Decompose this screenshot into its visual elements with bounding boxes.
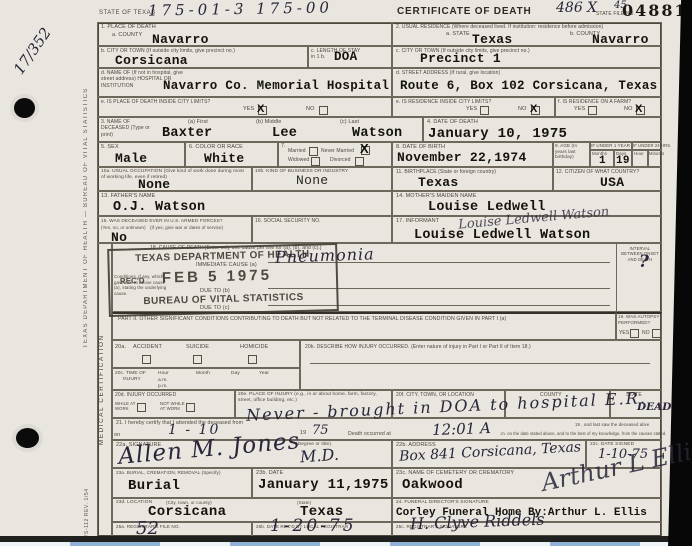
describe-injury-label: 20b. DESCRIBE HOW INJURY OCCURRED. (Ente… <box>305 344 531 350</box>
residence-limits-no-label: NO <box>518 106 526 113</box>
homicide-checkbox <box>248 355 257 364</box>
race-label: 6. COLOR OR RACE <box>189 144 243 151</box>
degree-handwritten: M.D. <box>299 445 339 467</box>
certify-19-label: 19 <box>300 430 306 437</box>
accident-checkbox <box>142 355 151 364</box>
date-of-death-value: January 10, 1975 <box>428 126 567 142</box>
injury-20a-label: 20a. <box>115 344 126 351</box>
last-name-value: Watson <box>352 126 402 141</box>
residence-limits-label: e. IS RESIDENCE INSIDE CITY LIMITS? <box>396 99 491 105</box>
armed-forces-label: 15. WAS DECEASED EVER IN U.S. ARMED FORC… <box>101 218 223 224</box>
funeral-director-label: 24. FUNERAL DIRECTOR'S SIGNATURE <box>396 500 489 506</box>
date-of-death-label: 4. DATE OF DEATH <box>427 119 478 126</box>
date-of-birth-value: November 22,1974 <box>397 150 527 165</box>
certify-year-handwritten: 75 <box>312 423 329 438</box>
autopsy-yes-checkbox <box>630 329 639 338</box>
middle-name-label: (b) Middle <box>256 119 281 126</box>
certify-line2-post: .m. on the date stated above, and to the… <box>500 431 667 436</box>
never-married-checkbox: X <box>361 146 370 155</box>
residence-state-label: a. STATE <box>446 31 470 38</box>
residence-farm-label: f. IS RESIDENCE ON A FARM? <box>558 99 631 105</box>
not-while-checkbox <box>186 403 195 412</box>
first-name-label: (a) First <box>188 119 208 126</box>
header-handwritten-small: 45 <box>614 0 627 11</box>
cell-marital-status <box>278 142 392 167</box>
autopsy-label: 19. WAS AUTOPSY PERFORMED? <box>618 314 660 325</box>
residence-city-value: Precinct 1 <box>420 51 501 66</box>
death-occurred-at-label: Death occurred at <box>348 431 391 438</box>
usual-residence-label: 2. USUAL RESIDENCE (Where deceased lived… <box>396 24 603 30</box>
armed-forces-sub2: (If yes, give war or dates of service) <box>150 225 223 231</box>
ssn-label: 16. SOCIAL SECURITY NO. <box>255 218 321 224</box>
residence-county-value: Navarro <box>592 32 649 47</box>
autopsy-yes-label: YES <box>619 330 629 336</box>
cemetery-value: Oakwood <box>402 477 463 493</box>
burial-type-label: 23a. BURIAL, CREMATION, REMOVAL (Specify… <box>116 470 221 476</box>
under-1-year-label: IF UNDER 1 YEAR <box>591 143 630 149</box>
not-while-label2: AT WORK <box>160 406 180 411</box>
autopsy-no-label: NO <box>642 330 650 336</box>
burial-location-label: 23d. LOCATION <box>116 500 152 506</box>
hole-punch-top <box>14 98 35 118</box>
marital-label: 7. <box>281 143 286 150</box>
length-of-stay-label2: in 1 b. <box>311 54 325 60</box>
months-value: 1 <box>599 155 606 167</box>
death-city-limits-label: e. IS PLACE OF DEATH INSIDE CITY LIMITS? <box>101 99 210 105</box>
while-at-work-checkbox <box>137 403 146 412</box>
middle-name-value: Lee <box>272 126 297 141</box>
hour-label: Hour <box>634 151 644 157</box>
injury-hour-label: Hour <box>158 371 169 377</box>
last-name-label: (c) Last <box>340 119 359 126</box>
death-limits-no-checkbox <box>319 106 328 115</box>
time-of-death-handwritten: 12:01 A <box>432 419 491 439</box>
dead-handwritten: DEAD <box>637 401 671 413</box>
city-of-death-value: Corsicana <box>115 53 188 68</box>
suicide-label: SUICIDE <box>186 344 209 351</box>
header-handwritten-cert-no: 486 X <box>556 0 597 16</box>
describe-injury-line <box>310 363 650 364</box>
place-of-death-label: 1. PLACE OF DEATH <box>101 24 156 31</box>
interval-handwritten: ? <box>639 252 649 272</box>
hole-punch-bottom <box>16 428 39 448</box>
death-certificate-scan: 17/352 TEXAS DEPARTMENT OF HEALTH — BURE… <box>0 0 692 546</box>
length-of-stay-value: DOA <box>334 50 357 64</box>
married-checkbox <box>309 147 318 156</box>
minutes-label: Minutes <box>649 151 664 156</box>
residence-limits-yes-label: YES <box>466 106 477 113</box>
accident-label: ACCIDENT <box>133 344 162 351</box>
certificate-title: CERTIFICATE OF DEATH <box>397 6 532 19</box>
scan-bottom-pattern <box>0 542 692 546</box>
hospital-value: Navarro Co. Memorial Hospital <box>163 79 389 93</box>
certify-line1-post: 19 , and last saw the deceased alive <box>575 422 649 428</box>
autopsy-no-checkbox <box>652 329 661 338</box>
father-label: 13. FATHER'S NAME <box>101 193 155 200</box>
sex-label: 5. SEX <box>101 144 119 151</box>
informant-typed-value: Louise Ledwell Watson <box>414 228 590 243</box>
business-value: None <box>296 173 328 188</box>
age-label: 9. AGE (In years last birthday) <box>555 143 589 160</box>
margin-vertical-text: TEXAS DEPARTMENT OF HEALTH — BUREAU OF V… <box>83 28 89 348</box>
birthplace-value: Texas <box>418 175 459 190</box>
father-value: O.J. Watson <box>113 200 205 215</box>
burial-type-value: Burial <box>128 478 180 494</box>
farm-no-label: NO <box>624 106 632 113</box>
farm-yes-checkbox <box>588 106 597 115</box>
residence-state-value: Texas <box>472 32 513 47</box>
never-married-label: Never Married <box>321 148 354 154</box>
stamp-recd: REC'D <box>120 276 145 286</box>
divorced-label: Divorced <box>330 157 351 163</box>
divorced-checkbox <box>355 157 364 166</box>
occupation-label: 10a. USUAL OCCUPATION (Give kind of work… <box>101 169 246 181</box>
burial-date-label: 23b. DATE <box>256 470 283 477</box>
injury-year-label: Year <box>259 371 269 377</box>
days-value: 19 <box>616 155 630 167</box>
residence-limits-yes-checkbox <box>480 106 489 115</box>
form-number-vertical: VS-112 REV. 1/54 <box>84 466 90 538</box>
informant-label: 17. INFORMANT <box>396 218 439 225</box>
header-handwritten-numbers: 175-01-3 175-00 <box>148 0 333 20</box>
street-address-value: Route 6, Box 102 Corsicana, Texas <box>400 79 657 93</box>
registrar-date-handwritten: 1-20-75 <box>270 516 357 536</box>
mother-label: 14. MOTHER'S MAIDEN NAME <box>396 193 476 200</box>
first-name-value: Baxter <box>162 126 212 141</box>
time-of-injury-label2: INJURY <box>123 377 141 383</box>
citizen-label: 12. CITIZEN OF WHAT COUNTRY? <box>556 169 639 175</box>
certify-on-label: on <box>114 432 120 439</box>
injury-occurred-label: 20d. INJURY OCCURRED <box>115 392 176 398</box>
injury-day-label: Day <box>231 371 240 377</box>
place-county-value: Navarro <box>152 32 209 47</box>
homicide-label: HOMICIDE <box>240 344 268 351</box>
race-value: White <box>204 151 245 166</box>
farm-yes-label: YES <box>574 106 585 113</box>
place-county-label: a. COUNTY <box>112 32 142 39</box>
married-label: Married <box>288 148 306 154</box>
occupation-value: None <box>138 177 170 192</box>
street-address-label: d. STREET ADDRESS (If rural, give locati… <box>396 70 500 76</box>
stamp-date: FEB 5 1975 <box>162 267 272 287</box>
name-of-deceased-label: 3. NAME OF DECEASED (Type or print) <box>101 119 153 138</box>
death-limits-yes-label: YES <box>243 106 254 113</box>
burial-date-value: January 11,1975 <box>258 477 389 493</box>
state-file-number: 04881 <box>622 1 688 20</box>
while-at-work-label2: WORK <box>115 406 129 411</box>
death-limits-no-label: NO <box>306 106 314 113</box>
citizen-value: USA <box>600 175 624 190</box>
residence-limits-no-checkbox: X <box>531 106 540 115</box>
widowed-label: Widowed <box>288 157 309 163</box>
cemetery-label: 23c. NAME OF CEMETERY OR CREMATORY <box>396 470 514 477</box>
death-limits-yes-checkbox: X <box>258 106 267 115</box>
stamp-line3: BUREAU OF VITAL STATISTICS <box>110 291 336 308</box>
burial-location-city: Corsicana <box>148 504 226 520</box>
part2-label: PART II. OTHER SIGNIFICANT CONDITIONS CO… <box>118 316 506 323</box>
under-24-hrs-label: IF UNDER 24 HRS. <box>633 143 671 148</box>
margin-handwritten-number: 17/352 <box>10 24 55 78</box>
farm-no-checkbox: X <box>636 106 645 115</box>
suicide-checkbox <box>193 355 202 364</box>
sex-value: Male <box>115 151 147 166</box>
immediate-cause-handwritten: Pneumonia <box>275 244 375 266</box>
widowed-checkbox <box>311 157 320 166</box>
injury-month-label: Month <box>196 371 210 377</box>
